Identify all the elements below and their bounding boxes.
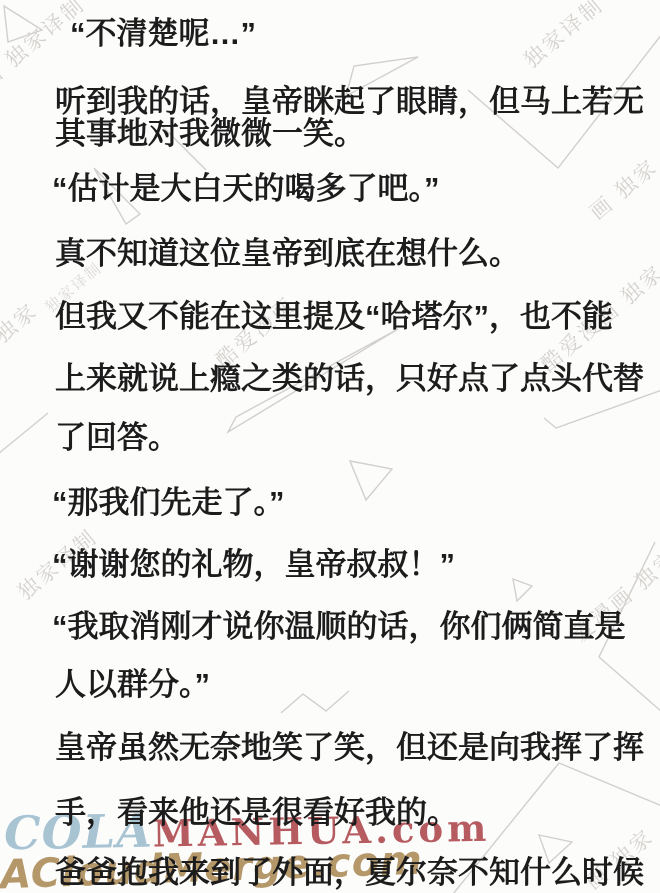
novel-text-page: 漫画 独家译制 独家译制 画 独家 独家译制 酷爱漫画 酷爱漫画 独家 画 独家… <box>0 0 660 893</box>
novel-line: 爸爸抱我来到了外面，夏尔奈不知什么时候 <box>55 856 644 889</box>
novel-line: “我取消刚才说你温顺的话，你们俩简直是 <box>52 610 626 643</box>
triangle-shape <box>513 579 532 601</box>
novel-line: 但我又不能在这里提及“哈塔尔”，也不能 <box>55 300 613 333</box>
novel-line: 人以群分。” <box>55 668 210 701</box>
triangle-shape <box>350 461 392 500</box>
novel-line: 手，看来他还是很看好我的。 <box>55 796 458 829</box>
novel-line: “不清楚呢…” <box>70 17 256 50</box>
novel-line: “那我们先走了。” <box>52 486 285 519</box>
novel-line: 皇帝虽然无奈地笑了笑，但还是向我挥了挥 <box>55 731 644 764</box>
novel-line: 真不知道这位皇帝到底在想什么。 <box>55 237 520 270</box>
novel-line: “谢谢您的礼物，皇帝叔叔！” <box>52 548 455 581</box>
novel-line: 听到我的话，皇帝眯起了眼睛，但马上若无 <box>55 85 644 118</box>
triangle-shape <box>281 691 349 713</box>
novel-line: “估计是大白天的喝多了吧。” <box>52 172 440 205</box>
triangle-shape <box>0 413 48 454</box>
novel-line: 其事地对我微微一笑。 <box>55 117 365 150</box>
novel-line: 了回答。 <box>55 421 179 454</box>
novel-line: 上来就说上瘾之类的话，只好点了点头代替 <box>55 362 644 395</box>
